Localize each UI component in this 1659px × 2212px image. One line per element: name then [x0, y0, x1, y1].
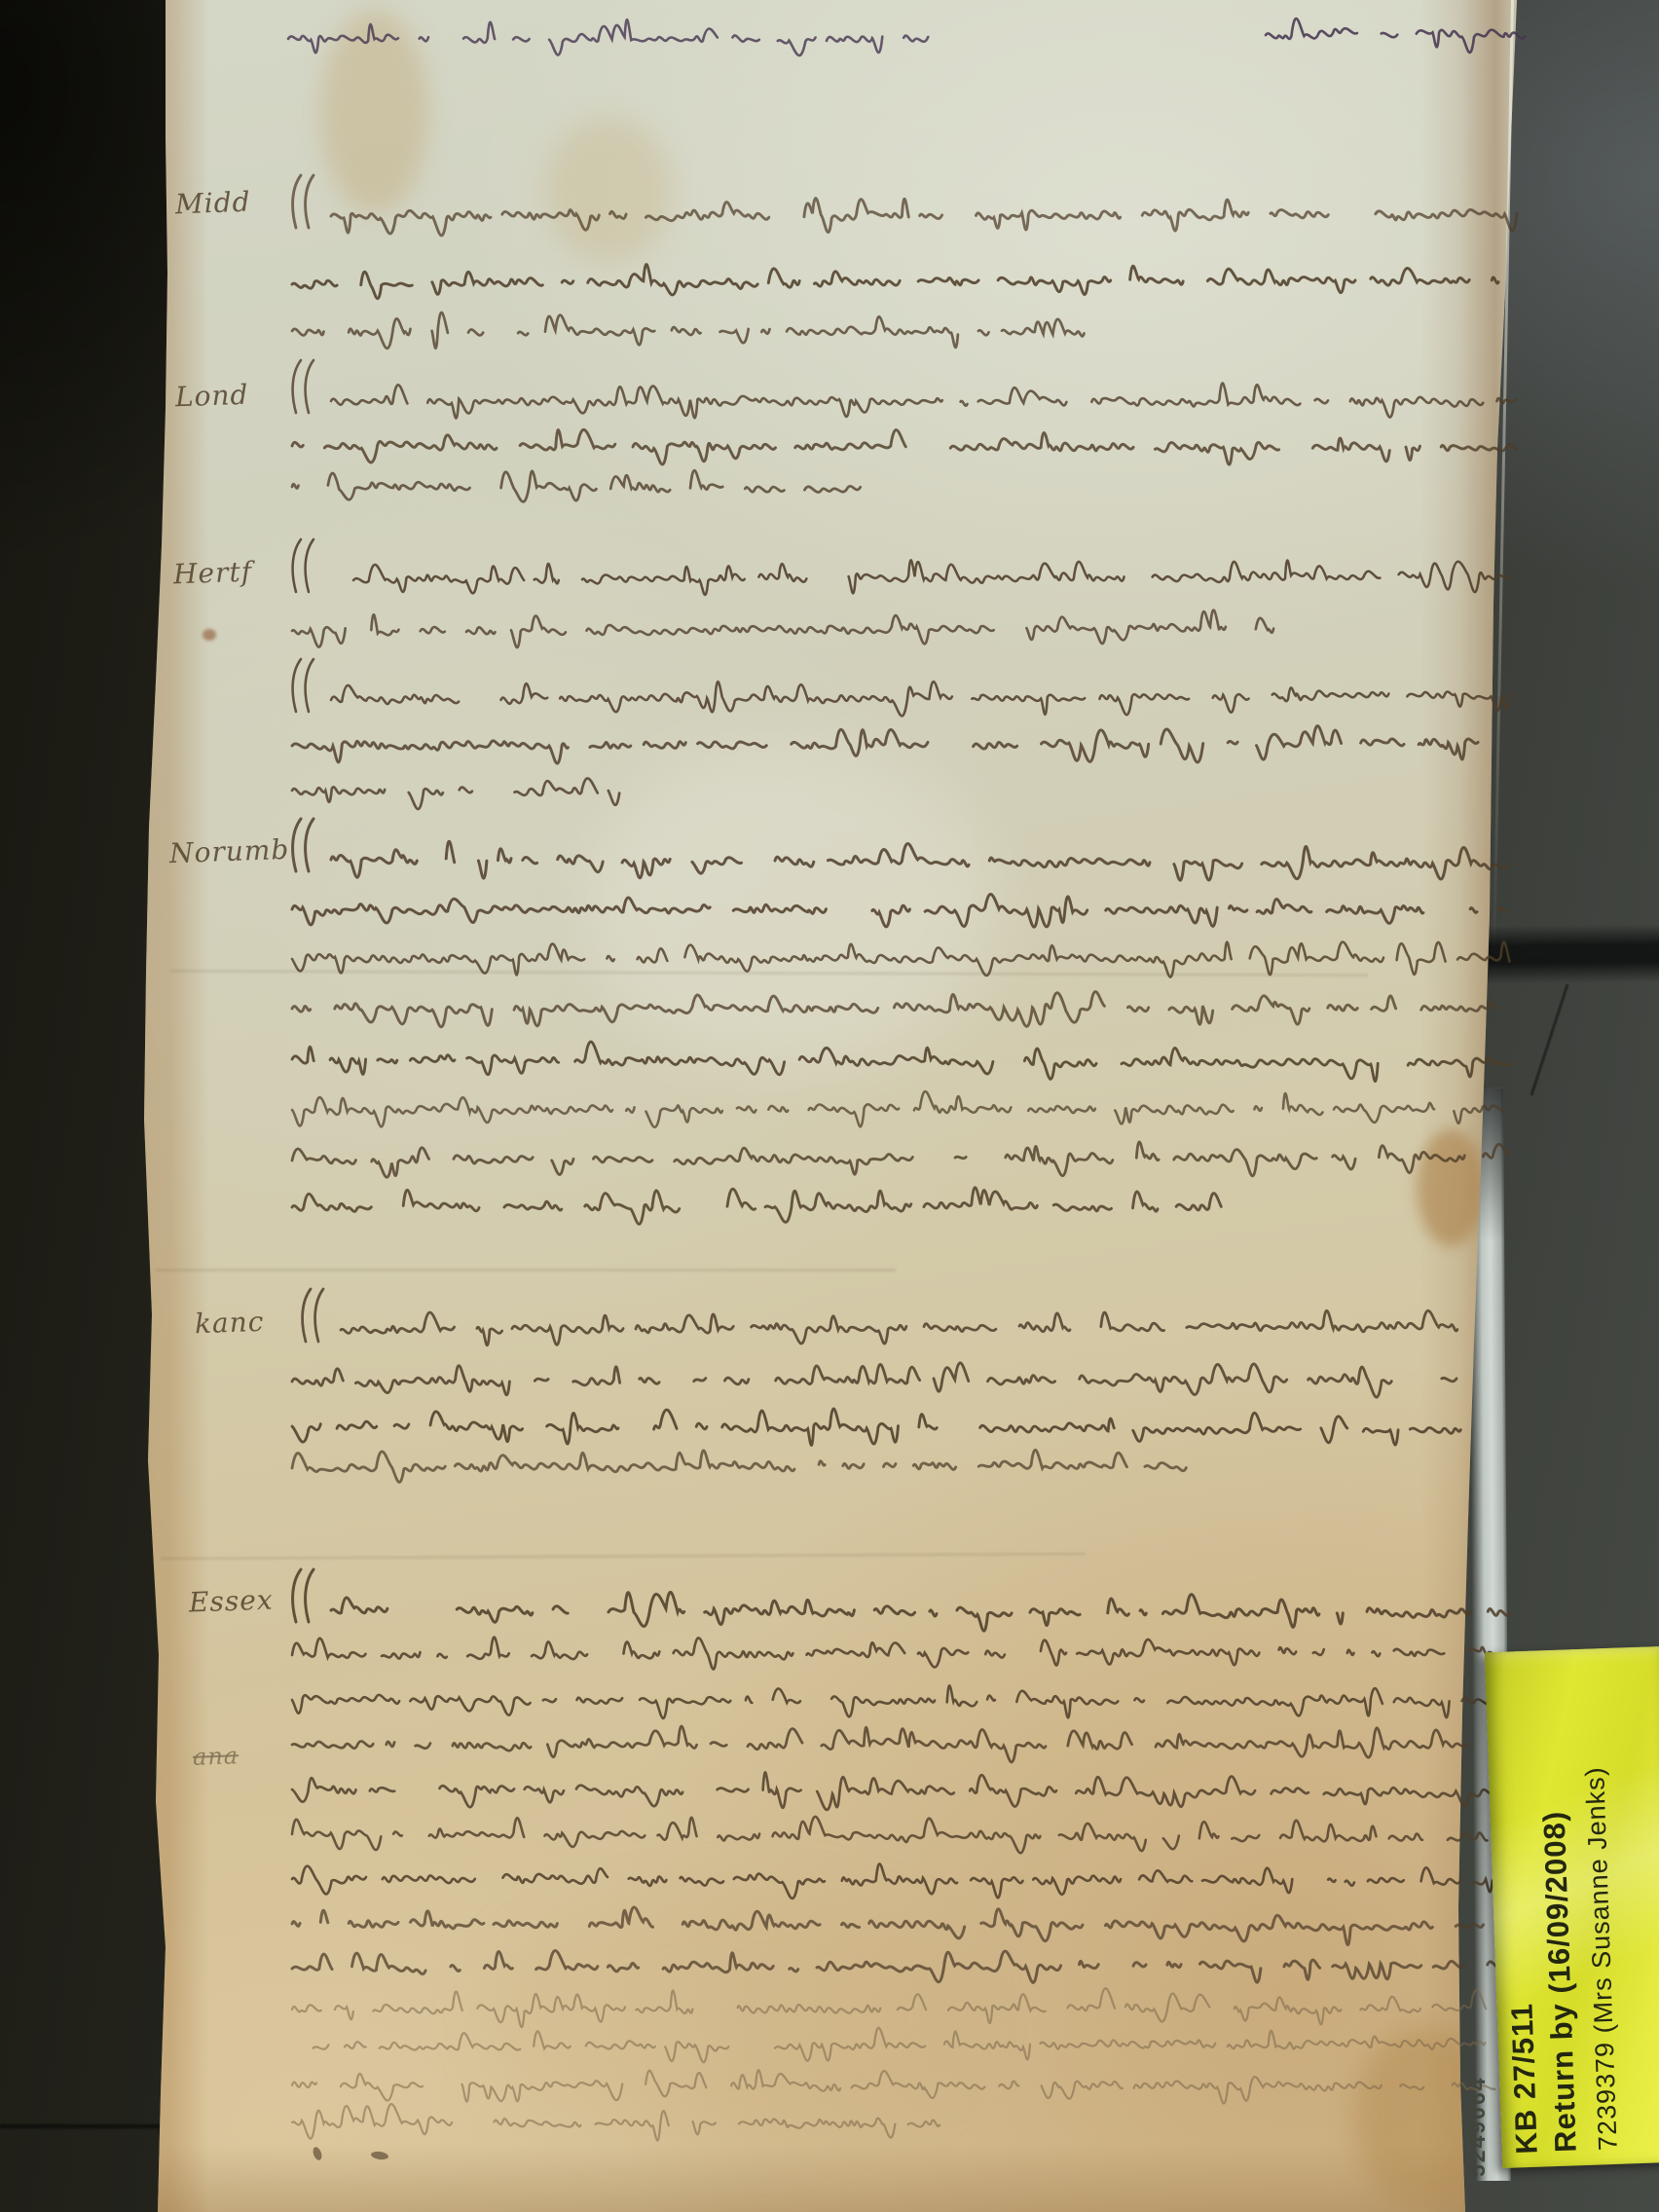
edge-number-label: 5249064	[1464, 1998, 1492, 2177]
marginal-county-essex: Essex	[188, 1583, 274, 1618]
marginal-county-norumb: Norumb	[168, 833, 289, 869]
yellow-archive-label: KB 27/511 Return by (16/09/2008) 7239379…	[1485, 1646, 1659, 2168]
parchment-crease	[161, 1553, 1086, 1561]
parchment-crease	[156, 1269, 896, 1272]
parchment-page	[0, 0, 1659, 2212]
parchment-stain	[1417, 1129, 1485, 1246]
label-reference-number: KB 27/511	[1504, 2002, 1544, 2155]
parchment-stain	[203, 629, 216, 641]
marginal-county-kanc: kanc	[194, 1306, 264, 1340]
parchment-stain	[321, 10, 428, 214]
marginal-county-midd: Midd	[174, 186, 251, 221]
marginal-county-hertf: Hertf	[172, 556, 252, 591]
parchment-highlight	[584, 740, 993, 1071]
parchment-stain	[487, 1889, 974, 2142]
manuscript-photograph: MiddLondHertfNorumbkancEssexana 5249064 …	[0, 0, 1659, 2212]
marginal-county-lond: Lond	[174, 379, 249, 414]
backdrop-seam	[0, 2124, 167, 2128]
marginal-county-ana: ana	[193, 1742, 240, 1771]
parchment-stain	[545, 117, 672, 263]
